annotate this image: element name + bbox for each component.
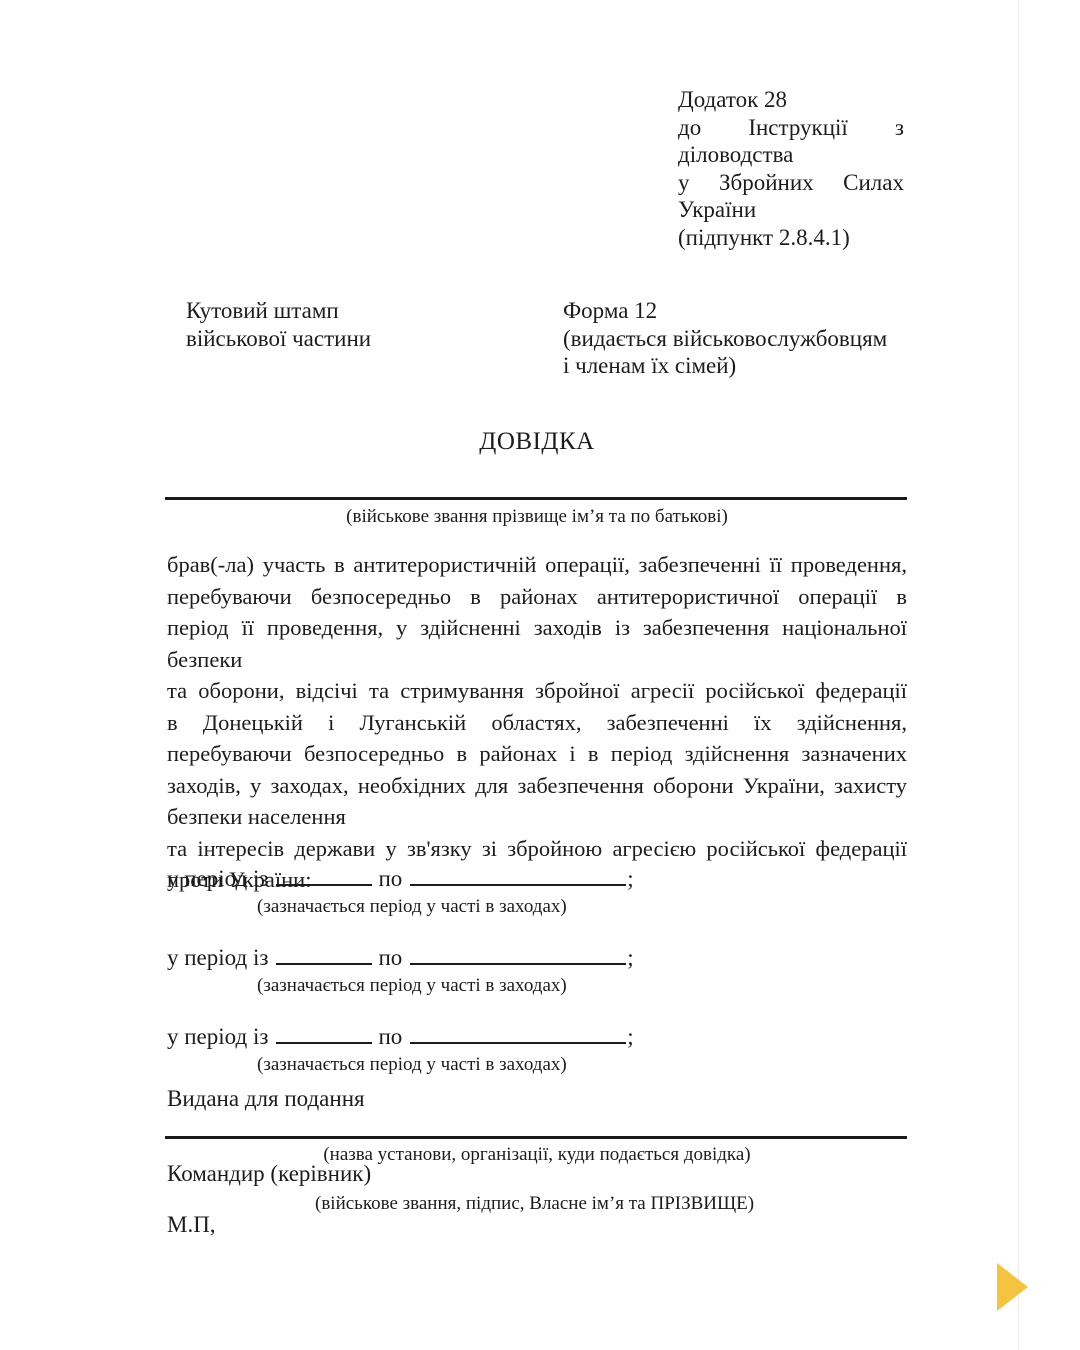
signature-caption: (військове звання, підпис, Власне ім’я т…: [315, 1192, 754, 1215]
appendix-line: (підпункт 2.8.4.1): [678, 224, 904, 252]
period-to-blank: [410, 939, 626, 965]
period-from-blank: [276, 939, 372, 965]
body-line: період її проведення, у здійсненні заход…: [167, 612, 907, 644]
corner-stamp-note: Кутовий штамп військової частини: [186, 297, 371, 352]
period-row: у період ізпо;: [167, 860, 907, 894]
form-line: і членам їх сімей): [563, 352, 887, 380]
appendix-line: до Інструкції з: [678, 114, 904, 142]
period-row: у період ізпо;: [167, 939, 907, 973]
period-middle: по: [378, 945, 402, 970]
period-caption: (зазначається період у часті в заходах): [257, 974, 907, 997]
appendix-line: діловодства: [678, 141, 904, 169]
appendix-block: Додаток 28 до Інструкції з діловодства у…: [678, 86, 904, 251]
period-prefix: у період із: [167, 1024, 268, 1049]
period-from-blank: [276, 1018, 372, 1044]
appendix-line: у Збройних Силах: [678, 169, 904, 197]
commander-label: Командир (керівник): [167, 1161, 371, 1187]
seal-label: М.П,: [167, 1212, 216, 1238]
appendix-line: Додаток 28: [678, 86, 904, 114]
form-line: Форма 12: [563, 297, 887, 325]
period-to-blank: [410, 1018, 626, 1044]
document-page: Додаток 28 до Інструкції з діловодства у…: [0, 0, 1080, 1350]
body-line: безпеки населення: [167, 801, 907, 833]
body-line: заходів, у заходах, необхідних для забез…: [167, 770, 907, 802]
body-line: безпеки: [167, 644, 907, 676]
form-number-block: Форма 12 (видається військовослужбовцям …: [563, 297, 887, 380]
body-line: та оборони, відсічі та стримування зброй…: [167, 675, 907, 707]
body-line: перебуваючи безпосередньо в районах анти…: [167, 581, 907, 613]
period-middle: по: [378, 866, 402, 891]
body-line: в Донецькій і Луганській областях, забез…: [167, 707, 907, 739]
period-prefix: у період із: [167, 945, 268, 970]
body-line: брав(-ла) участь в антитерористичній опе…: [167, 549, 907, 581]
period-suffix: ;: [627, 866, 633, 891]
name-caption: (військове звання прізвище ім’я та по ба…: [167, 505, 907, 528]
name-underline: [165, 497, 907, 500]
period-caption: (зазначається період у часті в заходах): [257, 1053, 907, 1076]
next-page-arrow-icon[interactable]: [997, 1263, 1028, 1311]
period-row: у період ізпо;: [167, 1018, 907, 1052]
period-block-3: у період ізпо; (зазначається період у ча…: [167, 1018, 907, 1076]
form-line: (видається військовослужбовцям: [563, 325, 887, 353]
appendix-line: України: [678, 196, 904, 224]
period-to-blank: [410, 860, 626, 886]
body-paragraph: брав(-ла) участь в антитерористичній опе…: [167, 549, 907, 896]
period-caption: (зазначається період у часті в заходах): [257, 895, 907, 918]
page-edge-divider: [1018, 0, 1019, 1350]
period-suffix: ;: [627, 1024, 633, 1049]
organization-underline: [165, 1136, 907, 1139]
stamp-line: Кутовий штамп: [186, 297, 371, 325]
period-block-1: у період ізпо; (зазначається період у ча…: [167, 860, 907, 918]
issued-for-label: Видана для подання: [167, 1086, 365, 1112]
period-prefix: у період із: [167, 866, 268, 891]
body-line: перебуваючи безпосередньо в районах і в …: [167, 738, 907, 770]
period-from-blank: [276, 860, 372, 886]
period-section: у період ізпо; (зазначається період у ча…: [167, 860, 907, 1097]
period-block-2: у період ізпо; (зазначається період у ча…: [167, 939, 907, 997]
stamp-line: військової частини: [186, 325, 371, 353]
period-middle: по: [378, 1024, 402, 1049]
period-suffix: ;: [627, 945, 633, 970]
page-title: ДОВІДКА: [167, 428, 907, 456]
